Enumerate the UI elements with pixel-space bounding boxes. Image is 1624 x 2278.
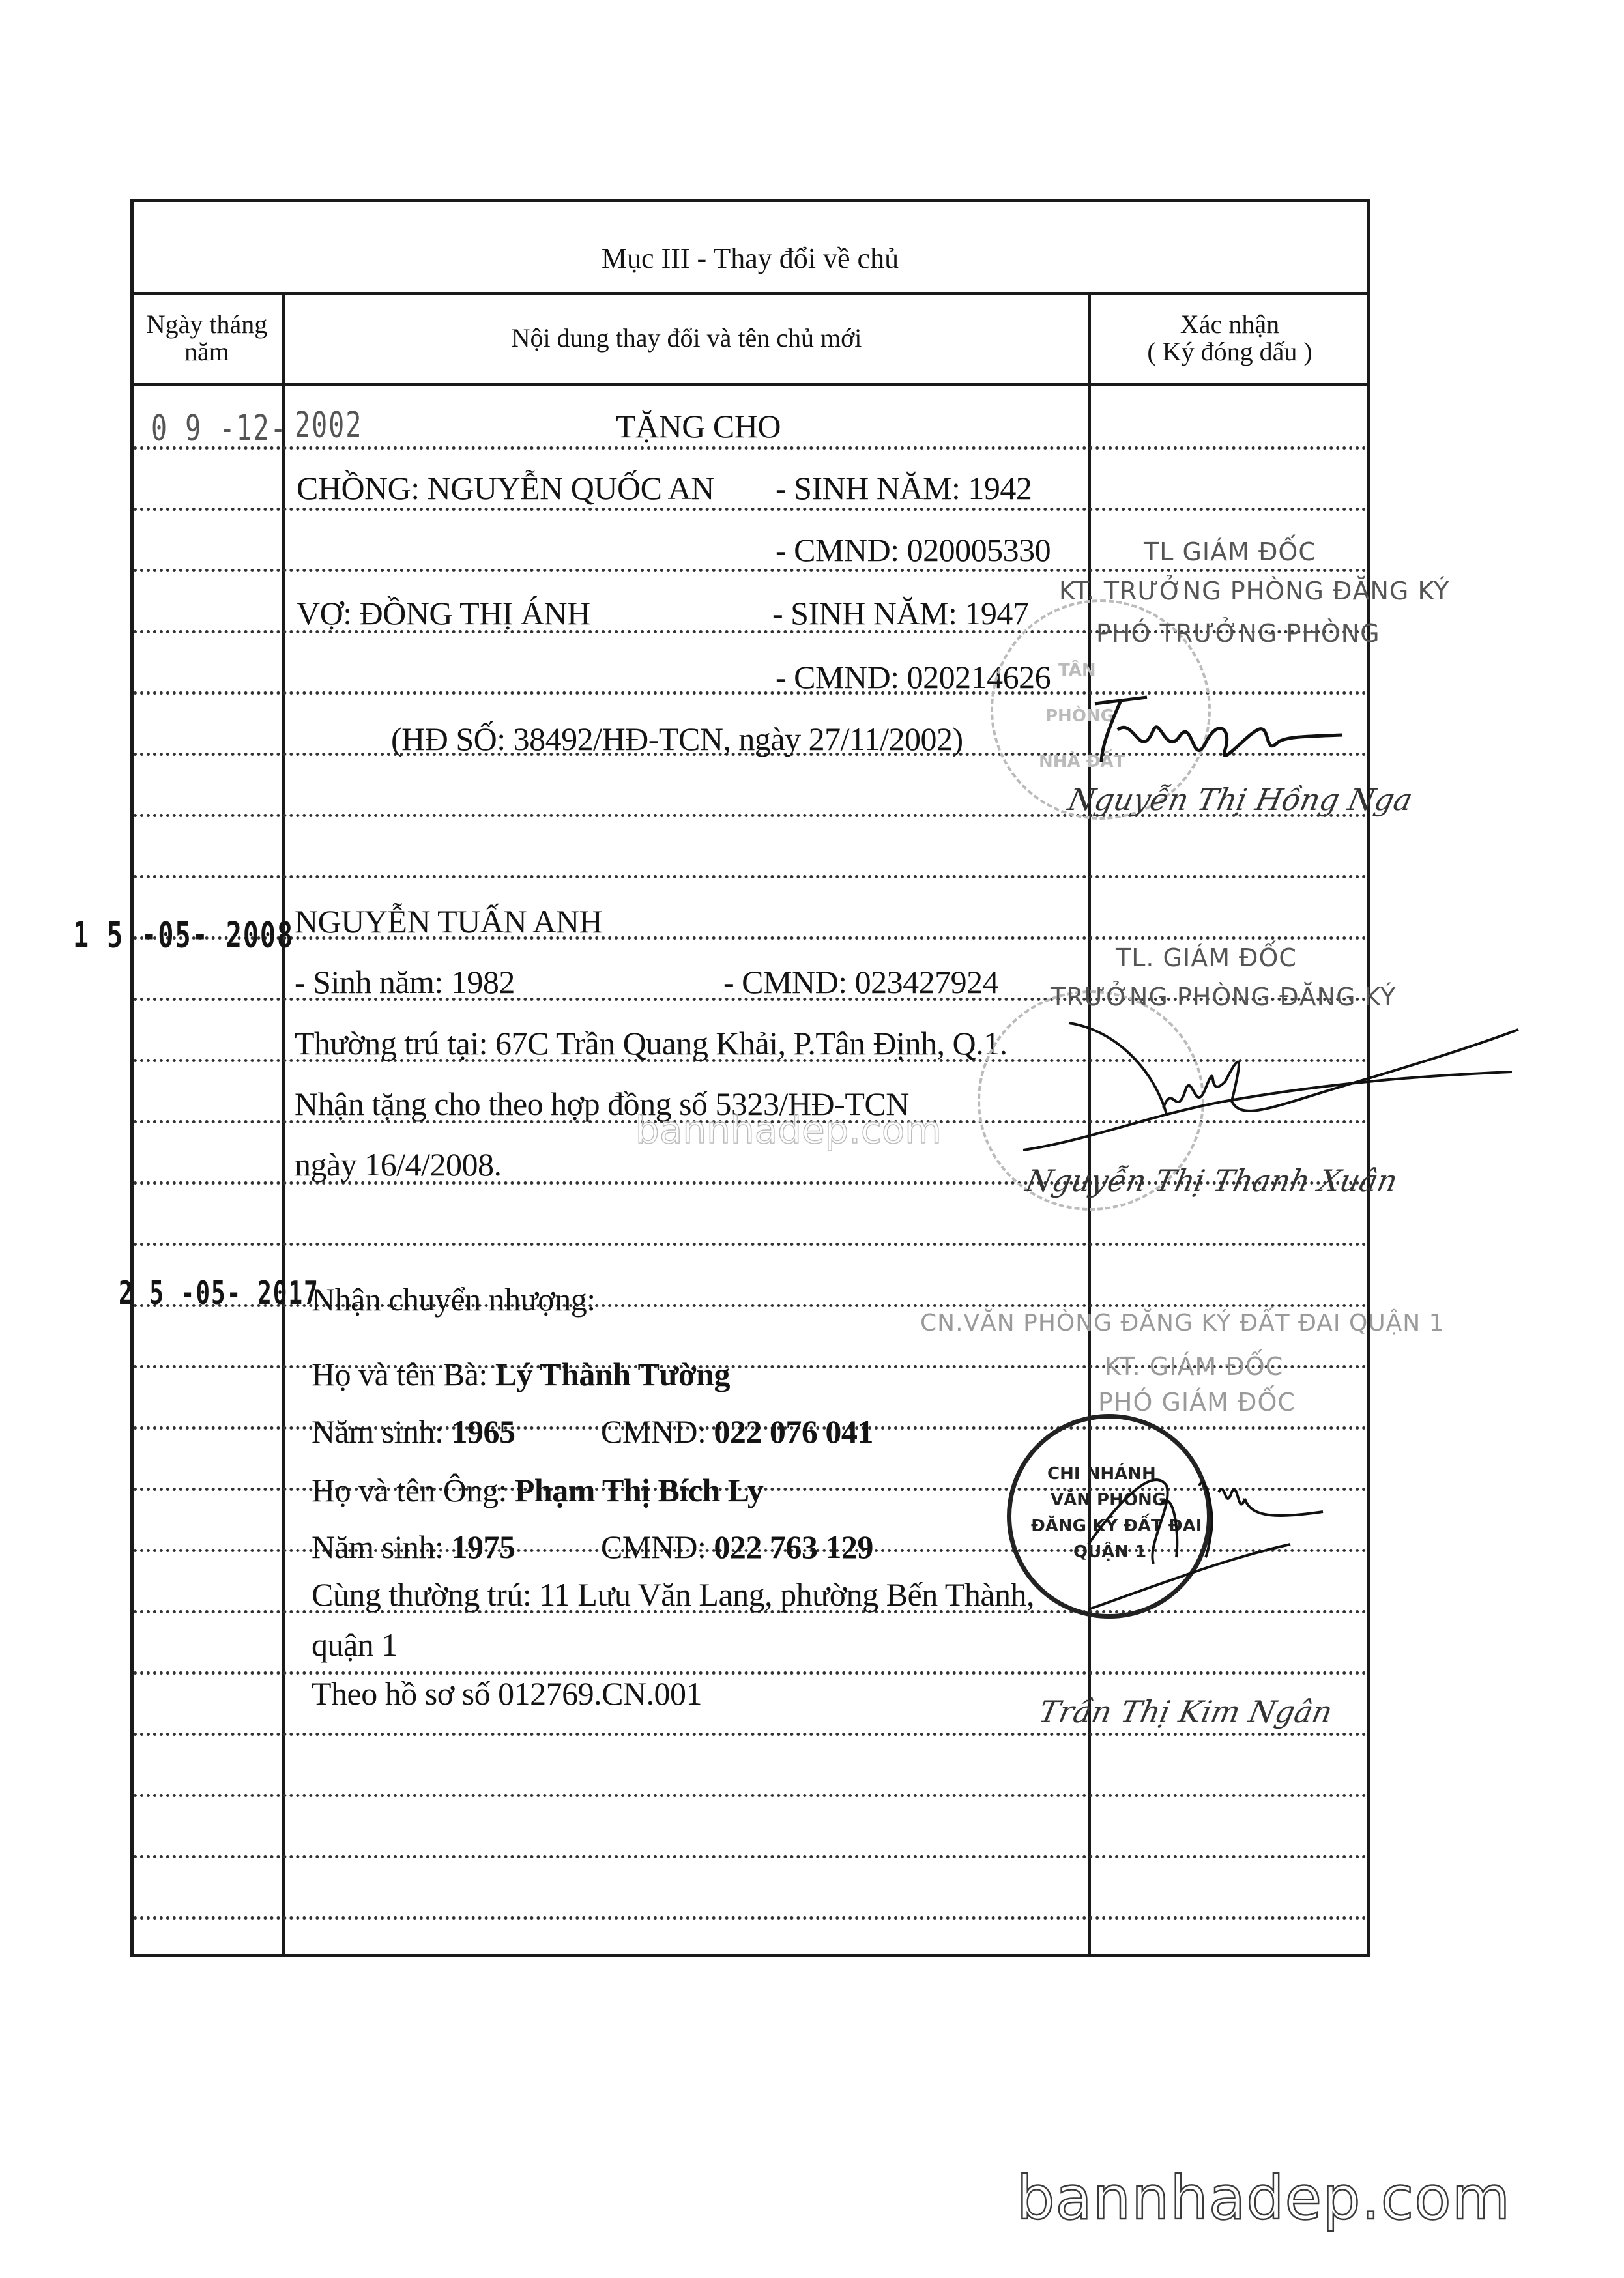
- entry3-cert-line1: CN.VĂN PHÒNG ĐĂNG KÝ ĐẤT ĐAI QUẬN 1: [920, 1310, 1445, 1336]
- entry3-cert-line3: PHÓ GIÁM ĐỐC: [1098, 1388, 1296, 1417]
- inline-watermark: bannhadep.com: [635, 1108, 942, 1152]
- header-date-line1: Ngày tháng: [147, 310, 268, 339]
- ruled-line: [134, 1855, 1367, 1858]
- entry3-address-line2: quận 1: [312, 1626, 398, 1664]
- entry1-year-stamp: 2002: [295, 405, 362, 446]
- ruled-line: [134, 446, 1367, 450]
- entry3-signer-name: Trần Thị Kim Ngân: [1036, 1694, 1335, 1729]
- entry1-cert-line3: PHÓ TRƯỞNG PHÒNG: [1096, 619, 1380, 648]
- entry2-signature: [1010, 1003, 1531, 1166]
- person2-birth-label: Năm sinh:: [312, 1529, 451, 1565]
- entry2-cert-line1: TL. GIÁM ĐỐC: [1116, 944, 1297, 972]
- entry3-dossier: Theo hồ sơ số 012769.CN.001: [312, 1675, 702, 1712]
- entry2-address: Thường trú tại: 67C Trần Quang Khải, P.T…: [295, 1024, 1008, 1062]
- entry3-person2-id-row: CMND: 022 763 129: [601, 1528, 873, 1566]
- ruled-line: [134, 1916, 1367, 1920]
- entry1-date-stamp: 0 9 -12-: [151, 409, 287, 449]
- entry2-signer-name: Nguyễn Thị Thanh Xuân: [1022, 1163, 1400, 1198]
- person2-name: Phạm Thị Bích Ly: [515, 1472, 763, 1508]
- entry1-cert-line1: TL GIÁM ĐỐC: [1144, 538, 1316, 566]
- person2-birth: 1975: [451, 1529, 515, 1565]
- entry3-heading: Nhận chuyển nhượng:: [312, 1280, 596, 1318]
- person1-id-label: CMND:: [601, 1413, 714, 1450]
- ruled-line: [134, 1794, 1367, 1797]
- entry1-husband-birth: - SINH NĂM: 1942: [776, 469, 1032, 507]
- section-title-row: Mục III - Thay đổi về chủ: [130, 199, 1370, 295]
- entry1-wife: VỢ: ĐỒNG THỊ ÁNH: [297, 594, 590, 632]
- person1-id: 022 076 041: [714, 1413, 873, 1450]
- header-confirm-line1: Xác nhận: [1180, 310, 1279, 339]
- entry2-birth: - Sinh năm: 1982: [295, 963, 515, 1001]
- entry3-cert-line2: KT. GIÁM ĐỐC: [1105, 1352, 1283, 1381]
- entry1-signature: [1082, 691, 1356, 775]
- person1-name: Lý Thành Tường: [495, 1356, 730, 1392]
- header-content: Nội dung thay đổi và tên chủ mới: [283, 293, 1090, 383]
- entry1-wife-birth: - SINH NĂM: 1947: [772, 594, 1028, 632]
- person1-label: Họ và tên Bà:: [312, 1356, 495, 1392]
- header-date: Ngày thángnăm: [130, 293, 283, 383]
- entry3-person1-birth-row: Năm sinh: 1965: [312, 1413, 515, 1450]
- person1-birth-label: Năm sinh:: [312, 1413, 451, 1450]
- person2-id-label: CMND:: [601, 1529, 714, 1565]
- entry2-id: - CMND: 023427924: [723, 963, 998, 1001]
- person2-id: 022 763 129: [714, 1529, 873, 1565]
- entry1-husband: CHỒNG: NGUYỄN QUỐC AN: [297, 469, 714, 507]
- footer-watermark: bannhadep.com: [1017, 2163, 1511, 2233]
- entry1-cert-line2: KT. TRƯỞNG PHÒNG ĐĂNG KÝ: [1059, 577, 1449, 605]
- column-header-row: Ngày thángnăm Nội dung thay đổi và tên c…: [130, 293, 1370, 386]
- seal-text-1: TÂN: [1058, 661, 1096, 680]
- entry2-date-stamp: 1 5 -05- 2008: [73, 916, 294, 956]
- entry2-name: NGUYỄN TUẤN ANH: [295, 902, 602, 940]
- entry3-person1-id-row: CMND: 022 076 041: [601, 1413, 873, 1450]
- header-date-line2: năm: [184, 337, 229, 366]
- ruled-line: [134, 1243, 1367, 1246]
- entry3-signature: [1017, 1447, 1342, 1616]
- column-divider-date: [282, 293, 285, 1957]
- entry1-contract: (HĐ SỐ: 38492/HĐ-TCN, ngày 27/11/2002): [391, 720, 963, 758]
- entry1-husband-id: - CMND: 020005330: [776, 531, 1051, 569]
- entry3-date-stamp: 2 5 -05- 2017: [119, 1276, 319, 1312]
- ruled-line: [134, 569, 1367, 572]
- header-confirm-line2: ( Ký đóng dấu ): [1147, 337, 1312, 366]
- entry3-person2-birth-row: Năm sinh: 1975: [312, 1528, 515, 1566]
- ruled-line: [134, 508, 1367, 511]
- header-content-label: Nội dung thay đổi và tên chủ mới: [512, 324, 862, 352]
- section-title: Mục III - Thay đổi về chủ: [602, 242, 899, 275]
- header-confirm: Xác nhận( Ký đóng dấu ): [1090, 293, 1370, 383]
- entry3-address-line1: Cùng thường trú: 11 Lưu Văn Lang, phường…: [312, 1576, 1034, 1613]
- person2-label: Họ và tên Ông:: [312, 1472, 515, 1508]
- person1-birth: 1965: [451, 1413, 515, 1450]
- entry3-person1: Họ và tên Bà: Lý Thành Tường: [312, 1355, 730, 1393]
- ruled-line: [134, 875, 1367, 878]
- entry2-contract-line2: ngày 16/4/2008.: [295, 1146, 501, 1183]
- entry1-heading: TẶNG CHO: [616, 407, 781, 445]
- ruled-line: [134, 1733, 1367, 1736]
- entry3-person2: Họ và tên Ông: Phạm Thị Bích Ly: [312, 1471, 763, 1509]
- document-page: Mục III - Thay đổi về chủ Ngày thángnăm …: [0, 0, 1624, 2278]
- entry1-signer-name: Nguyễn Thị Hồng Nga: [1065, 782, 1415, 817]
